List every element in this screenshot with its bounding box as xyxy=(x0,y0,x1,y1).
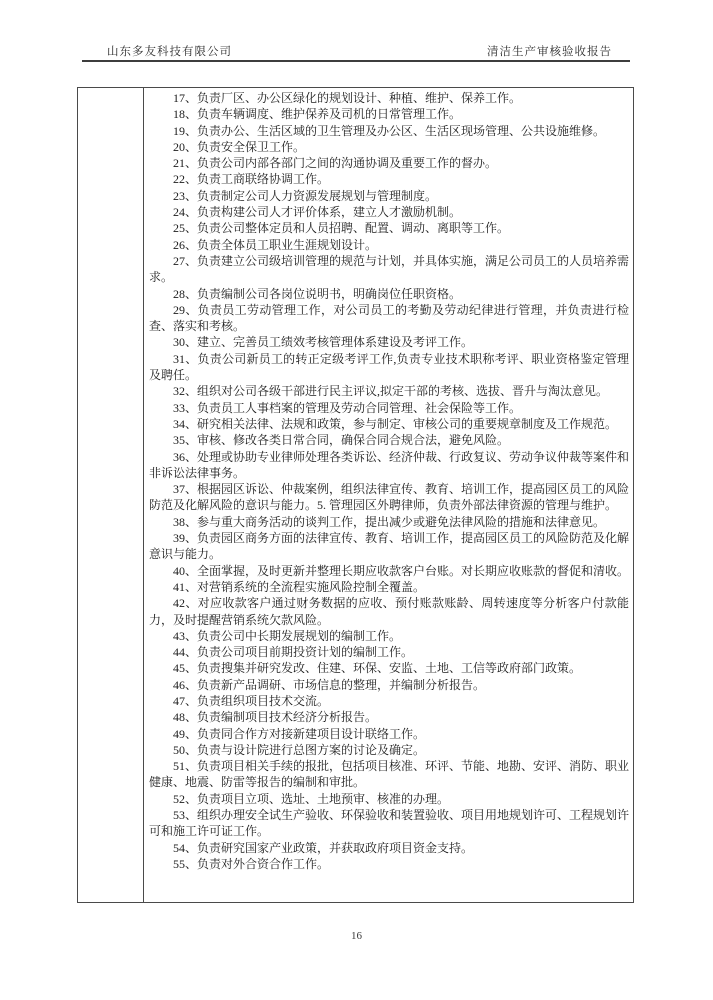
duty-item: 36、处理或协助专业律师处理各类诉讼、经济仲裁、行政复议、劳动争议仲裁等案件和非… xyxy=(149,449,629,482)
duties-table: 17、负责厂区、办公区绿化的规划设计、种植、维护、保养工作。18、负责车辆调度、… xyxy=(77,87,634,903)
duty-item: 53、组织办理安全试生产验收、环保验收和装置验收、项目用地规划许可、工程规划许可… xyxy=(149,807,629,840)
duty-item: 39、负责园区商务方面的法律宣传、教育、培训工作，提高园区员工的风险防范及化解意… xyxy=(149,530,629,563)
duty-item: 32、组织对公司各级干部进行民主评议,拟定干部的考核、选拔、晋升与淘汰意见。 xyxy=(149,383,629,399)
duty-item: 27、负责建立公司级培训管理的规范与计划，并具体实施，满足公司员工的人员培养需求… xyxy=(149,253,629,286)
header-report-title: 清洁生产审核验收报告 xyxy=(487,43,630,59)
duty-item: 45、负责搜集并研究发改、住建、环保、安监、土地、工信等政府部门政策。 xyxy=(149,660,629,676)
table-left-column xyxy=(78,88,144,902)
page-header: 山东多友科技有限公司 清洁生产审核验收报告 xyxy=(82,43,630,59)
duty-item: 34、研究相关法律、法规和政策，参与制定、审核公司的重要规章制度及工作规范。 xyxy=(149,416,629,432)
duty-item: 26、负责全体员工职业生涯规划设计。 xyxy=(149,237,629,253)
duty-item: 25、负责公司整体定员和人员招聘、配置、调动、离职等工作。 xyxy=(149,220,629,236)
duty-item: 49、负责同合作方对接新建项目设计联络工作。 xyxy=(149,726,629,742)
duty-item: 33、负责员工人事档案的管理及劳动合同管理、社会保险等工作。 xyxy=(149,400,629,416)
duty-item: 50、负责与设计院进行总图方案的讨论及确定。 xyxy=(149,742,629,758)
table-content-column: 17、负责厂区、办公区绿化的规划设计、种植、维护、保养工作。18、负责车辆调度、… xyxy=(144,88,633,902)
duty-item: 19、负责办公、生活区域的卫生管理及办公区、生活区现场管理、公共设施维修。 xyxy=(149,123,629,139)
duty-item: 44、负责公司项目前期投资计划的编制工作。 xyxy=(149,644,629,660)
duty-item: 29、负责员工劳动管理工作，对公司员工的考勤及劳动纪律进行管理，并负责进行检查、… xyxy=(149,302,629,335)
duty-item: 51、负责项目相关手续的报批，包括项目核准、环评、节能、地勘、安评、消防、职业健… xyxy=(149,758,629,791)
document-page: 山东多友科技有限公司 清洁生产审核验收报告 17、负责厂区、办公区绿化的规划设计… xyxy=(0,0,713,1000)
duty-item: 42、对应收款客户通过财务数据的应收、预付账款账龄、周转速度等分析客户付款能力，… xyxy=(149,595,629,628)
duty-item: 40、全面掌握，及时更新并整理长期应收款客户台账。对长期应收账款的督促和清收。 xyxy=(149,563,629,579)
duty-item: 23、负责制定公司人力资源发展规划与管理制度。 xyxy=(149,188,629,204)
duty-item: 30、建立、完善员工绩效考核管理体系建设及考评工作。 xyxy=(149,334,629,350)
duty-item: 17、负责厂区、办公区绿化的规划设计、种植、维护、保养工作。 xyxy=(149,90,629,106)
duty-item: 38、参与重大商务活动的谈判工作，提出减少或避免法律风险的措施和法律意见。 xyxy=(149,514,629,530)
duty-item: 24、负责构建公司人才评价体系，建立人才激励机制。 xyxy=(149,204,629,220)
duty-item: 48、负责编制项目技术经济分析报告。 xyxy=(149,709,629,725)
header-rule xyxy=(82,60,630,62)
duty-item: 35、审核、修改各类日常合同，确保合同合规合法，避免风险。 xyxy=(149,432,629,448)
duty-item: 43、负责公司中长期发展规划的编制工作。 xyxy=(149,628,629,644)
duty-item: 22、负责工商联络协调工作。 xyxy=(149,171,629,187)
duty-item: 41、对营销系统的全流程实施风险控制全覆盖。 xyxy=(149,579,629,595)
duty-item: 46、负责新产品调研、市场信息的整理，并编制分析报告。 xyxy=(149,677,629,693)
duty-item: 37、根据园区诉讼、仲裁案例，组织法律宣传、教育、培训工作，提高园区员工的风险防… xyxy=(149,481,629,514)
header-company-name: 山东多友科技有限公司 xyxy=(82,43,232,59)
duty-item: 20、负责安全保卫工作。 xyxy=(149,139,629,155)
duty-item: 31、负责公司新员工的转正定级考评工作,负责专业技术职称考评、职业资格鉴定管理及… xyxy=(149,351,629,384)
duty-item: 55、负责对外合资合作工作。 xyxy=(149,856,629,872)
duty-item: 54、负责研究国家产业政策，并获取政府项目资金支持。 xyxy=(149,840,629,856)
duty-item: 28、负责编制公司各岗位说明书，明确岗位任职资格。 xyxy=(149,286,629,302)
duty-item: 18、负责车辆调度、维护保养及司机的日常管理工作。 xyxy=(149,106,629,122)
page-number: 16 xyxy=(351,930,362,942)
duty-item: 47、负责组织项目技术交流。 xyxy=(149,693,629,709)
duty-item: 21、负责公司内部各部门之间的沟通协调及重要工作的督办。 xyxy=(149,155,629,171)
duty-item: 52、负责项目立项、选址、土地预审、核准的办理。 xyxy=(149,791,629,807)
page-footer: 16 xyxy=(0,930,713,942)
